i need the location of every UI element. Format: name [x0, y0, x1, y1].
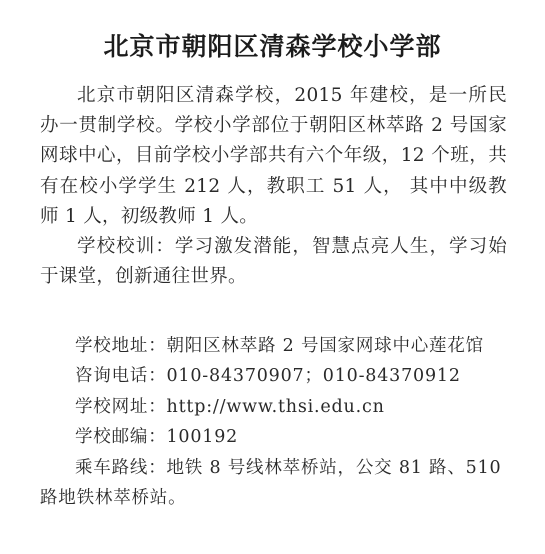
transit-label: 乘车路线：	[75, 458, 167, 478]
intro-paragraph: 北京市朝阳区清森学校，2015 年建校，是一所民办一贯制学校。学校小学部位于朝阳…	[40, 81, 507, 232]
contact-address: 学校地址：朝阳区林萃路 2 号国家网球中心莲花馆	[40, 331, 510, 361]
intro-section: 北京市朝阳区清森学校，2015 年建校，是一所民办一贯制学校。学校小学部位于朝阳…	[40, 81, 507, 232]
postcode-label: 学校邮编：	[75, 427, 167, 447]
phone-label: 咨询电话：	[75, 366, 167, 386]
website-value: http://www.thsi.edu.cn	[167, 397, 385, 417]
contact-postcode: 学校邮编：100192	[40, 422, 510, 452]
contact-website: 学校网址：http://www.thsi.edu.cn	[40, 392, 510, 422]
postcode-value: 100192	[167, 427, 239, 447]
contact-info: 学校地址：朝阳区林萃路 2 号国家网球中心莲花馆 咨询电话：010-843709…	[40, 331, 510, 513]
address-label: 学校地址：	[75, 336, 167, 356]
contact-phone: 咨询电话：010-84370907；010-84370912	[40, 361, 510, 391]
address-value: 朝阳区林萃路 2 号国家网球中心莲花馆	[167, 336, 484, 356]
contact-transit: 乘车路线：地铁 8 号线林萃桥站，公交 81 路、510 路地铁林萃桥站。	[40, 453, 507, 514]
motto-section: 学校校训：学习激发潜能，智慧点亮人生，学习始于课堂，创新通往世界。	[40, 232, 507, 292]
phone-value: 010-84370907；010-84370912	[167, 366, 461, 386]
page-title: 北京市朝阳区清森学校小学部	[0, 30, 545, 64]
website-label: 学校网址：	[75, 397, 167, 417]
motto-paragraph: 学校校训：学习激发潜能，智慧点亮人生，学习始于课堂，创新通往世界。	[40, 232, 507, 292]
